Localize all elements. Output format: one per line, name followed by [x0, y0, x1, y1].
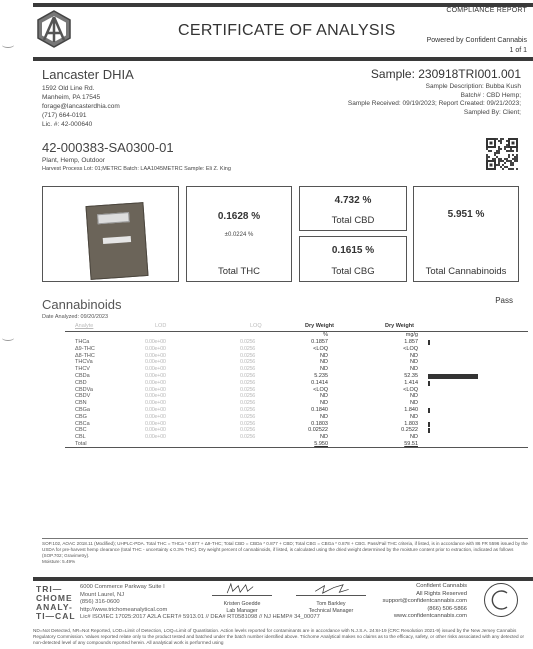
lab-logo-icon: [34, 9, 74, 49]
analyte-dry-mg: ND: [410, 359, 418, 366]
total-cannabinoids-label: Total Cannabinoids: [414, 266, 518, 277]
total-mg: 59.51: [404, 441, 418, 448]
analyte-dry-pct: ND: [320, 353, 328, 360]
analyte-dry-mg: <LOQ: [403, 387, 418, 394]
analyte-dry-mg: 1.803: [404, 421, 418, 428]
total-thc-value: 0.1628 %: [187, 211, 291, 222]
method-text: SOP.102, AOAC 2018.11 (Modified); UHPLC-…: [42, 541, 528, 559]
analyte-dry-mg: ND: [410, 400, 418, 407]
concentration-bar: [428, 340, 430, 345]
sample-description: Sample Description: Bubba Kush: [348, 83, 521, 92]
analyte-loq: 0.0256: [240, 414, 280, 421]
analyte-name: CBDV: [75, 393, 90, 400]
lab-address-2: Mount Laurel, NJ: [80, 592, 320, 600]
col-dry-pct: Dry Weight: [305, 323, 334, 329]
trichome-logo: TRI— CHOME ANALY- TI—CAL: [36, 585, 76, 621]
col-analyte: Analyte: [75, 323, 93, 329]
analyte-name: CBG: [75, 414, 87, 421]
analyte-dry-pct: 5.235: [314, 373, 328, 380]
analyte-lod: 0.00e+00: [145, 427, 195, 434]
analyte-dry-pct: 0.1857: [311, 339, 328, 346]
analyte-lod: 0.00e+00: [145, 407, 195, 414]
page-number: 1 of 1: [427, 46, 527, 56]
analyte-dry-pct: 0.02522: [308, 427, 328, 434]
analyte-loq: 0.0256: [240, 407, 280, 414]
header-bar-bottom: [33, 57, 533, 61]
table-row: CBDVa0.00e+000.0256<LOQ<LOQ: [65, 387, 528, 394]
table-row: THCa0.00e+000.02560.18571.857: [65, 339, 528, 346]
moisture: Moisture: 5.49%: [42, 559, 528, 565]
analyte-dry-pct: 0.1414: [311, 380, 328, 387]
scan-mark: [2, 42, 14, 48]
analyte-name: CBC: [75, 427, 87, 434]
table-row: THCVa0.00e+000.0256NDND: [65, 359, 528, 366]
analyte-name: CBCa: [75, 421, 90, 428]
analyte-loq: 0.0256: [240, 373, 280, 380]
cc-website[interactable]: www.confidentcannabis.com: [382, 613, 467, 621]
analyte-dry-pct: ND: [320, 434, 328, 441]
confident-cannabis-logo-icon: [483, 582, 519, 618]
col-lod: LOD: [155, 323, 166, 329]
logo-line-4: TI—CAL: [36, 612, 76, 621]
client-address-2: Manheim, PA 17545: [42, 93, 120, 102]
sample-meta: Sample Description: Bubba Kush Batch# : …: [348, 83, 521, 117]
bag-label: [97, 212, 130, 224]
cc-phone: (866) 506-5866: [382, 606, 467, 614]
confident-cannabis-contact: Confident Cannabis All Rights Reserved s…: [382, 583, 467, 621]
analyte-dry-mg: <LOQ: [403, 346, 418, 353]
analyte-dry-mg: 1.840: [404, 407, 418, 414]
powered-by: Powered by Confident Cannabis 1 of 1: [427, 36, 527, 56]
analyte-dry-pct: 0.1840: [311, 407, 328, 414]
total-pct: 5.950: [314, 441, 328, 448]
analyte-loq: 0.0256: [240, 359, 280, 366]
unit-pct: %: [323, 332, 328, 338]
table-row: CBL0.00e+000.0256NDND: [65, 434, 528, 441]
total-thc-label: Total THC: [187, 266, 291, 277]
total-cbd-label: Total CBD: [300, 215, 406, 226]
table-row: CBDa0.00e+000.02565.23552.35: [65, 373, 528, 380]
analyte-loq: 0.0256: [240, 366, 280, 373]
analyte-loq: 0.0256: [240, 434, 280, 441]
table-row-total: Total 5.950 59.51: [65, 441, 528, 448]
analyte-dry-mg: 0.2522: [401, 427, 418, 434]
concentration-bar: [428, 374, 478, 379]
analyte-lod: 0.00e+00: [145, 421, 195, 428]
method-notes: SOP.102, AOAC 2018.11 (Modified); UHPLC-…: [42, 538, 528, 565]
signature-scribble-icon: [212, 582, 272, 596]
analyte-name: Δ9-THC: [75, 346, 95, 353]
table-row: CBC0.00e+000.02560.025220.2522: [65, 427, 528, 434]
client-email: forage@lancasterdhia.com: [42, 102, 120, 111]
analyte-loq: 0.0256: [240, 387, 280, 394]
qr-code-icon: [486, 138, 518, 170]
scan-mark: [2, 335, 14, 341]
analyte-loq: 0.0256: [240, 346, 280, 353]
analyte-lod: 0.00e+00: [145, 400, 195, 407]
table-row: CBGa0.00e+000.02560.18401.840: [65, 407, 528, 414]
analyte-lod: 0.00e+00: [145, 359, 195, 366]
analyte-loq: 0.0256: [240, 353, 280, 360]
batch-type: Plant, Hemp, Outdoor: [42, 157, 105, 164]
total-name: Total: [75, 441, 87, 448]
analyte-lod: 0.00e+00: [145, 414, 195, 421]
table-header: Analyte LOD LOQ Dry Weight Dry Weight: [65, 321, 528, 332]
sample-bag-image: [85, 202, 148, 280]
unit-mg: mg/g: [406, 332, 418, 338]
table-row: Δ9-THC0.00e+000.0256<LOQ<LOQ: [65, 346, 528, 353]
analyte-dry-pct: ND: [320, 393, 328, 400]
lab-license: Lic# ISO/IEC 17025:2017 A2LA CERT# 5913.…: [80, 614, 320, 622]
table-row: CBDV0.00e+000.0256NDND: [65, 393, 528, 400]
client-info: 1592 Old Line Rd. Manheim, PA 17545 fora…: [42, 84, 120, 129]
client-phone: (717) 664-0191: [42, 111, 120, 120]
total-cannabinoids-card: 5.951 % Total Cannabinoids: [413, 186, 519, 282]
analyte-dry-pct: ND: [320, 359, 328, 366]
analyte-loq: 0.0256: [240, 339, 280, 346]
concentration-bar: [428, 428, 430, 433]
analyte-lod: 0.00e+00: [145, 387, 195, 394]
total-thc-uncertainty: ±0.0224 %: [187, 232, 291, 238]
sample-id: Sample: 230918TRI001.001: [371, 67, 521, 81]
analyte-dry-mg: ND: [410, 353, 418, 360]
analyte-dry-mg: 52.35: [404, 373, 418, 380]
analyte-loq: 0.0256: [240, 421, 280, 428]
analyte-name: Δ8-THC: [75, 353, 95, 360]
analyte-dry-pct: ND: [320, 414, 328, 421]
powered-by-text: Powered by Confident Cannabis: [427, 36, 527, 46]
analyte-loq: 0.0256: [240, 393, 280, 400]
client-license: Lic. #: 42-000640: [42, 120, 120, 129]
analyte-loq: 0.0256: [240, 400, 280, 407]
signature-technical-manager: Tom Barkley Technical Manager: [296, 582, 366, 615]
analyte-dry-mg: ND: [410, 393, 418, 400]
status-badge: Pass: [495, 296, 513, 305]
table-row: CBD0.00e+000.02560.14141.414: [65, 380, 528, 387]
total-cbd-card: 4.732 % Total CBD: [299, 186, 407, 231]
analyte-dry-pct: ND: [320, 366, 328, 373]
lab-phone: (856) 316-0600: [80, 599, 320, 607]
analyte-lod: 0.00e+00: [145, 366, 195, 373]
analyte-name: THCa: [75, 339, 89, 346]
analyte-name: CBD: [75, 380, 87, 387]
section-title: Cannabinoids: [42, 297, 122, 312]
concentration-bar: [428, 381, 430, 386]
table-row: Δ8-THC0.00e+000.0256NDND: [65, 353, 528, 360]
cc-email[interactable]: support@confidentcannabis.com: [382, 598, 467, 606]
analyte-name: CBDVa: [75, 387, 93, 394]
analyte-dry-mg: ND: [410, 366, 418, 373]
cc-rights: All Rights Reserved: [382, 591, 467, 599]
signature-lab-manager: Kristen Goedde Lab Manager: [212, 582, 272, 615]
analyte-lod: 0.00e+00: [145, 346, 195, 353]
client-address-1: 1592 Old Line Rd.: [42, 84, 120, 93]
lab-address-1: 6000 Commerce Parkway Suite I: [80, 584, 320, 592]
bag-label-2: [103, 236, 131, 244]
table-body: THCa0.00e+000.02560.18571.857Δ9-THC0.00e…: [65, 339, 528, 441]
total-cbg-card: 0.1615 % Total CBG: [299, 236, 407, 282]
analyte-name: THCV: [75, 366, 90, 373]
batch-id: 42-000383-SA0300-01: [42, 140, 174, 155]
analyte-loq: 0.0256: [240, 380, 280, 387]
analyte-name: CBL: [75, 434, 86, 441]
table-row: CBCa0.00e+000.02560.18031.803: [65, 421, 528, 428]
cc-name: Confident Cannabis: [382, 583, 467, 591]
lab-contact: 6000 Commerce Parkway Suite I Mount Laur…: [80, 584, 320, 622]
table-row: CBG0.00e+000.0256NDND: [65, 414, 528, 421]
analyte-dry-pct: 0.1803: [311, 421, 328, 428]
sampled-by: Sampled By: Client;: [348, 109, 521, 118]
signer-2-title: Technical Manager: [296, 608, 366, 615]
analyte-lod: 0.00e+00: [145, 393, 195, 400]
analyte-loq: 0.0256: [240, 427, 280, 434]
cannabinoids-table: Analyte LOD LOQ Dry Weight Dry Weight % …: [65, 321, 528, 448]
sample-photo: [42, 186, 179, 282]
table-row: CBN0.00e+000.0256NDND: [65, 400, 528, 407]
col-loq: LOQ: [250, 323, 262, 329]
analyte-name: CBGa: [75, 407, 90, 414]
concentration-bar: [428, 408, 430, 413]
analyte-dry-mg: 1.857: [404, 339, 418, 346]
analyte-dry-pct: ND: [320, 400, 328, 407]
total-cbg-label: Total CBG: [300, 266, 406, 277]
disclaimer: ND=Not Detected, NR=Not Reported, LOD=Li…: [33, 628, 531, 646]
analyte-name: CBDa: [75, 373, 90, 380]
signer-1-name: Kristen Goedde: [212, 601, 272, 608]
analyte-lod: 0.00e+00: [145, 434, 195, 441]
analyte-lod: 0.00e+00: [145, 353, 195, 360]
analyte-dry-pct: <LOQ: [313, 387, 328, 394]
concentration-bar: [428, 422, 430, 427]
lab-website[interactable]: http://www.trichomeanalytical.com: [80, 607, 320, 615]
total-cbd-value: 4.732 %: [300, 195, 406, 206]
analyte-dry-mg: ND: [410, 434, 418, 441]
analyte-name: THCVa: [75, 359, 93, 366]
client-name: Lancaster DHIA: [42, 67, 134, 82]
table-row: THCV0.00e+000.0256NDND: [65, 366, 528, 373]
analyte-dry-mg: 1.414: [404, 380, 418, 387]
sample-dates: Sample Received: 09/19/2023; Report Crea…: [348, 100, 521, 109]
sample-batch: Batch# : CBD Hemp;: [348, 92, 521, 101]
total-thc-card: 0.1628 % ±0.0224 % Total THC: [186, 186, 292, 282]
total-cannabinoids-value: 5.951 %: [414, 209, 518, 220]
analyte-lod: 0.00e+00: [145, 339, 195, 346]
signer-1-title: Lab Manager: [212, 608, 272, 615]
total-cbg-value: 0.1615 %: [300, 245, 406, 256]
date-analyzed: Date Analyzed: 09/20/2023: [42, 314, 108, 320]
analyte-dry-pct: <LOQ: [313, 346, 328, 353]
compliance-label: COMPLIANCE REPORT: [446, 7, 527, 14]
page-title: CERTIFICATE OF ANALYSIS: [178, 22, 396, 40]
batch-details: Harvest Process Lot: 01;METRC Batch: LAA…: [42, 166, 231, 172]
signer-2-name: Tom Barkley: [296, 601, 366, 608]
analyte-name: CBN: [75, 400, 87, 407]
analyte-lod: 0.00e+00: [145, 380, 195, 387]
footer-bar: [33, 577, 533, 581]
signature-scribble-icon: [296, 582, 366, 596]
analyte-lod: 0.00e+00: [145, 373, 195, 380]
unit-row: % mg/g: [65, 332, 528, 339]
analyte-dry-mg: ND: [410, 414, 418, 421]
col-dry-mg: Dry Weight: [385, 323, 414, 329]
